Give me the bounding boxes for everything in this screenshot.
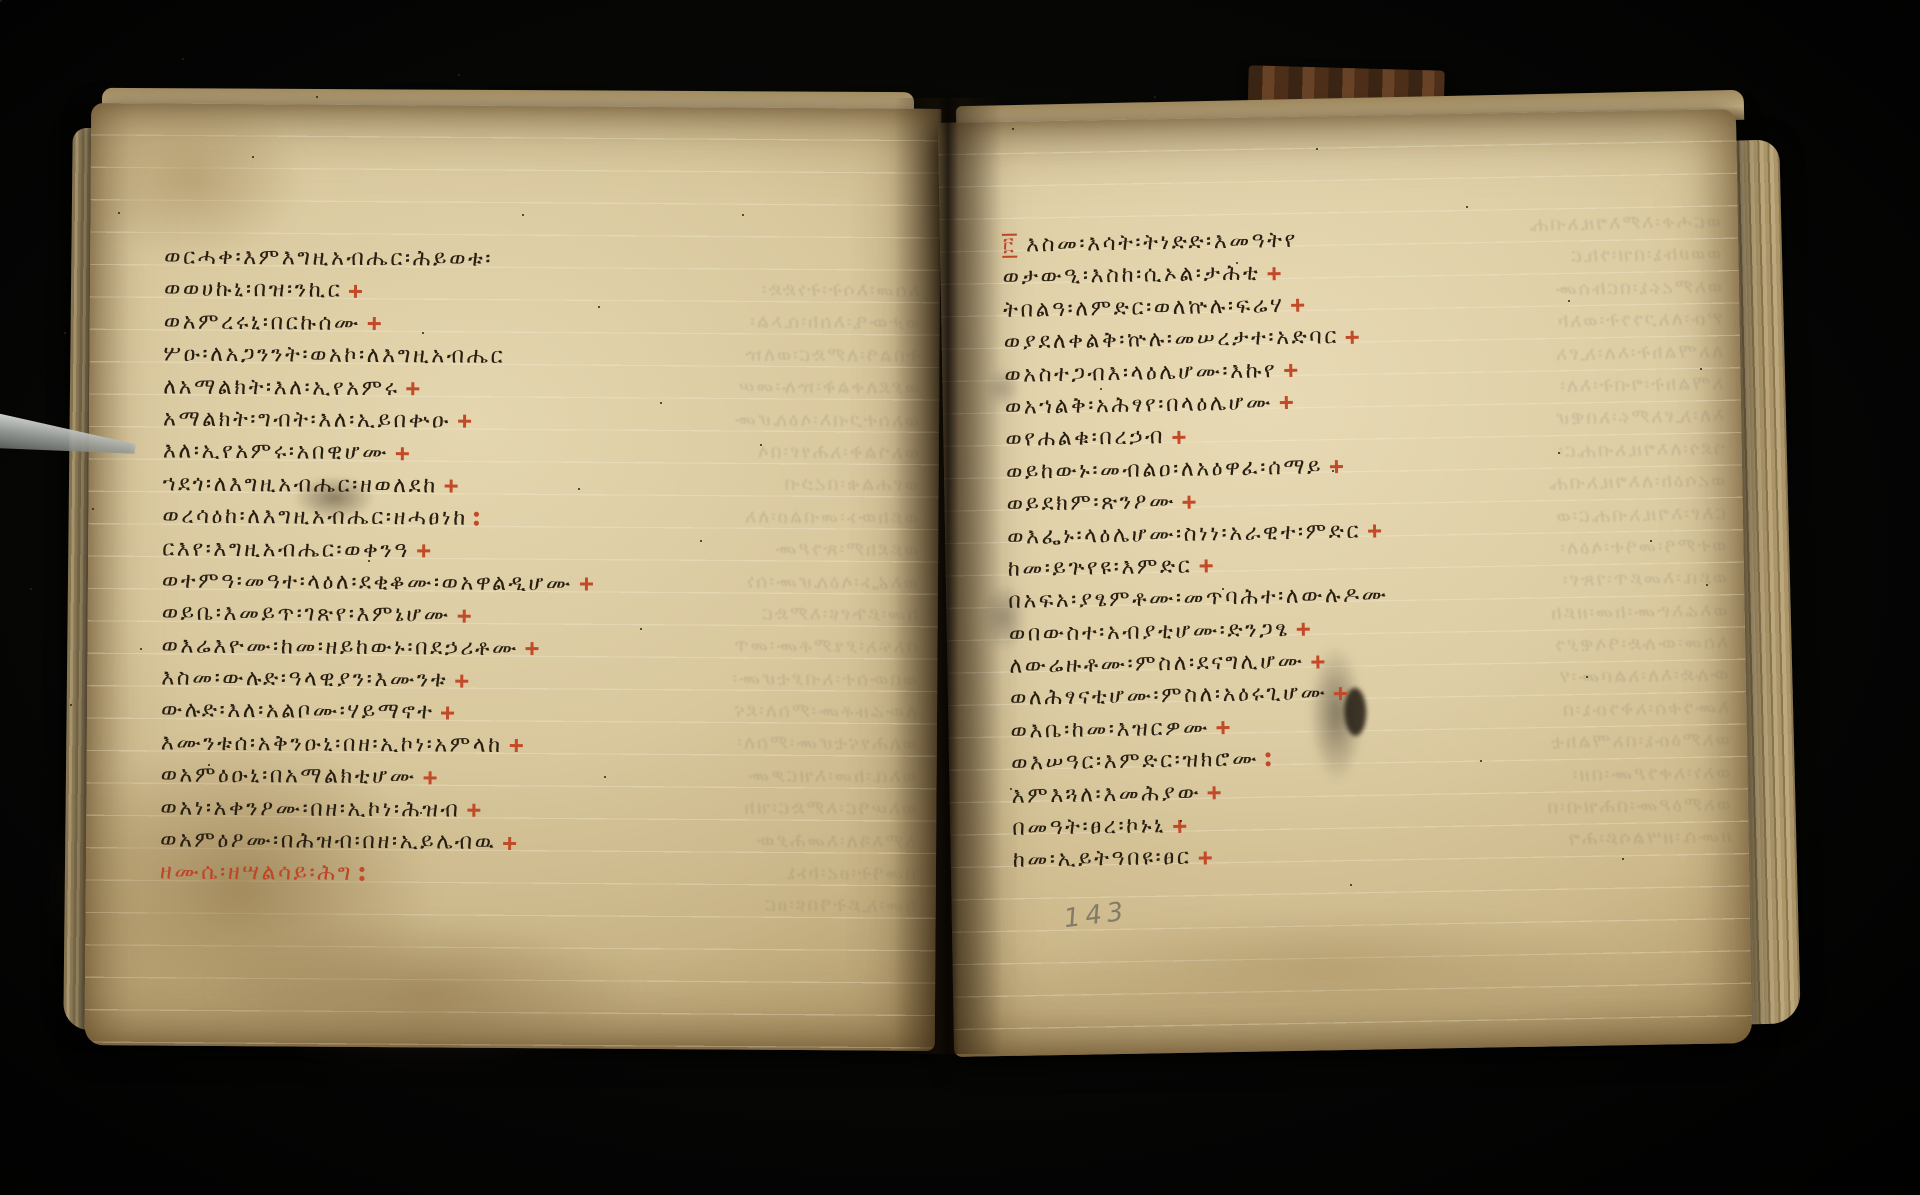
manuscript-line: ወእሬእዮሙ፡ከመ፡ዘይከውኑ፡በደኃሪቶሙ [161,630,861,667]
manuscript-line: ለአማልክት፡እለ፡ኢየአምሩ [163,371,863,408]
line-text: በአፍአ፡ያፄምቶሙ፡መጥባሕተ፡ለውሉዶሙ [1008,583,1389,615]
red-colon-mark [1265,752,1271,768]
left-text-column: ወርሓቀ፡እምእግዚአብሔር፡ሕይወቱ፡ወወሀኩኒ፡በዝ፡ንኪርወአምረሩኒ፡በ… [160,242,865,895]
line-text: ትበልዓ፡ለምድር፡ወለኵሉ፡ፍሬሃ [1003,293,1285,323]
red-cross-mark [1291,299,1304,312]
line-text: በመዓት፡ፀረ፡ኮኑኒ [1012,813,1166,841]
red-cross-mark [1173,819,1186,832]
line-text: እለ፡ኢየአምሩ፡አበዊሆሙ [163,439,389,466]
manuscript-line: ኀደጎ፡ለእግዚአብሔር፡ዘወለደከ [163,468,863,505]
manuscript-line: ወተምዓ፡መዓተ፡ላዕለ፡ደቂቆሙ፡ወአዋልዲሆሙ [162,565,862,602]
red-cross-mark [458,609,471,622]
line-text: ወያደለቀልቅ፡ኵሉ፡መሠረታተ፡አድባር [1004,324,1340,355]
line-text: ወተምዓ፡መዓተ፡ላዕለ፡ደቂቆሙ፡ወአዋልዲሆሙ [162,568,573,596]
manuscript-line: እሙንቱሰ፡አቅንዑኒ፡በዘ፡ኢኮነ፡አምላከ [161,727,861,764]
manuscript-line: ወወሀኩኒ፡በዝ፡ንኪር [164,274,864,311]
manuscript-line: ወአምዕዖሙ፡በሕዝብ፡በዘ፡ኢይሌብዉ [160,825,860,862]
line-text: አማልክት፡ግብት፡እለ፡ኢይበቍዑ [163,407,451,434]
manuscript-line: ሦዑ፡ለአጋንንት፡ወአኮ፡ለእግዚአብሔር [163,339,863,376]
manuscript-line: ውሉድ፡እለ፡አልቦሙ፡ሃይማኖተ [161,695,861,732]
line-text: ወእሬእዮሙ፡ከመ፡ዘይከውኑ፡በደኃሪቶሙ [161,633,519,660]
red-cross-mark [441,706,454,719]
line-text: ወአምዕዑኒ፡በአማልክቲሆሙ [161,763,417,790]
line-text: ወይደክም፡ጽንዖሙ [1006,489,1176,517]
left-page: እስመ፡እሳት፡ትነድድ፡ወታውዒ፡እስከ፡ሲኦል፡ትበልዓ፡ለምድር፡ወለኵወ… [85,103,942,1051]
red-cross-mark [417,544,430,557]
line-text: ወርሓቀ፡እምእግዚአብሔር፡ሕይወቱ፡ [164,245,493,272]
line-text: ዘሙሴ፡ዘሣልሳይ፡ሕግ [160,860,353,886]
red-cross-mark [1334,687,1347,700]
red-cross-mark [1346,330,1359,343]
line-text: ወእሠዓር፡እምድር፡ዝክሮሙ [1011,747,1259,776]
right-page: ወርሓቀ፡እምእግዚአብሔወወሀኩኒ፡በዝ፡ንኪርወአምረሩኒ፡በርኩሰሙሦዑ፡… [938,109,1752,1057]
line-text: ወይቤ፡እመይጥ፡ገጽየ፡እምኔሆሙ [162,601,451,628]
rubric-line: ዘሙሴ፡ዘሣልሳይ፡ሕግ [160,857,860,894]
red-cross-mark [368,317,381,330]
line-text: ወበውስተ፡አብያቲሆሙ፡ድንጋፄ [1009,617,1290,647]
manuscript-line: ወአምረሩኒ፡በርኩሰሙ [164,306,864,343]
red-cross-mark [526,642,539,655]
line-text: ወእቤ፡ከመ፡እዝርዎሙ [1010,715,1210,743]
red-cross-mark [1297,623,1310,636]
red-cross-mark [1330,460,1343,473]
red-cross-mark [458,415,471,428]
line-text: ወእፌኑ፡ላዕሌሆሙ፡ስነነ፡አራዊተ፡ምድር [1007,518,1361,549]
red-cross-mark [1280,396,1293,409]
stain [205,914,646,1067]
manuscript-line: ወአምዕዑኒ፡በአማልክቲሆሙ [160,760,860,797]
red-cross-mark [349,285,362,298]
manuscript-photo: እስመ፡እሳት፡ትነድድ፡ወታውዒ፡እስከ፡ሲኦል፡ትበልዓ፡ለምድር፡ወለኵወ… [0,0,1920,1195]
red-cross-mark [467,804,480,817]
manuscript-line: አማልክት፡ግብት፡እለ፡ኢይበቍዑ [163,404,863,441]
chapter-numeral: ፫ [1002,234,1017,258]
line-text: እስመ፡እሳት፡ትነድድ፡እመዓትየ [1026,228,1298,258]
line-text: እስመ፡ውሉድ፡ዓላዊያን፡እሙንቱ [161,666,448,693]
line-text: ውሉድ፡እለ፡አልቦሙ፡ሃይማኖተ [161,698,435,725]
red-cross-mark [510,739,523,752]
line-text: ኀደጎ፡ለእግዚአብሔር፡ዘወለደከ [163,471,438,498]
red-cross-mark [1368,524,1381,537]
line-text: ወረሳዕከ፡ለእግዚአብሔር፡ዘሓፀነከ [162,504,468,531]
manuscript-line: ወረሳዕከ፡ለእግዚአብሔር፡ዘሓፀነከ [162,501,862,538]
red-cross-mark [445,480,458,493]
right-text-column: ፫እስመ፡እሳት፡ትነድድ፡እመዓትየወታውዒ፡እስከ፡ሲኦል፡ታሕቲትበልዓ፡… [1002,218,1713,878]
red-cross-mark [423,771,436,784]
parchment-specks [0,0,2,2]
red-cross-mark [407,382,420,395]
line-text: ወይከውኑ፡መብልዐ፡ለአዕዋፈ፡ሰማይ [1006,454,1323,485]
red-cross-mark [1267,267,1280,280]
line-text: ለአማልክት፡እለ፡ኢየአምሩ [163,374,399,401]
manuscript-line: ወአነ፡አቀንዖሙ፡በዘ፡ኢኮነ፡ሕዝብ [160,792,860,829]
red-cross-mark [1311,655,1324,668]
manuscript-line: ርእየ፡እግዚአብሔር፡ወቀንዓ [162,533,862,570]
red-cross-mark [1217,721,1230,734]
line-text: ወአምረሩኒ፡በርኩሰሙ [164,309,361,335]
line-text: ወወሀኩኒ፡በዝ፡ንኪር [164,277,343,303]
red-cross-mark [396,447,409,460]
red-colon-mark [359,866,365,882]
manuscript-line: ወርሓቀ፡እምእግዚአብሔር፡ሕይወቱ፡ [164,242,864,279]
line-text: ወአኀልቅ፡አሕፃየ፡በላዕሌሆሙ [1005,390,1273,420]
manuscript-line: እለ፡ኢየአምሩ፡አበዊሆሙ [163,436,863,473]
manuscript-line: እስመ፡ውሉድ፡ዓላዊያን፡እሙንቱ [161,663,861,700]
line-text: ለውሬዙቶሙ፡ምስለ፡ደናግሊሆሙ [1009,649,1304,679]
line-text: ወለሕፃናቲሆሙ፡ምስለ፡አዕሩጊሆሙ [1010,681,1328,712]
red-cross-mark [1208,786,1221,799]
red-cross-mark [1183,495,1196,508]
red-cross-mark [455,674,468,687]
line-text: ወአስተጋብእ፡ላዕሌሆሙ፡እኩየ [1004,358,1277,388]
line-text: ወታውዒ፡እስከ፡ሲኦል፡ታሕቲ [1002,261,1260,290]
manuscript-line: ወይቤ፡እመይጥ፡ገጽየ፡እምኔሆሙ [162,598,862,635]
red-cross-mark [580,578,593,591]
line-text: ሦዑ፡ለአጋንንት፡ወአኮ፡ለእግዚአብሔር [163,342,505,369]
line-text: እምእጓለ፡እመሕያው [1011,780,1201,808]
red-cross-mark [1199,560,1212,573]
line-text: ከመ፡ኢይትዓበዩ፡ፀር [1013,845,1192,873]
line-text: ወአምዕዖሙ፡በሕዝብ፡በዘ፡ኢይሌብዉ [160,828,496,855]
line-text: እሙንቱሰ፡አቅንዑኒ፡በዘ፡ኢኮነ፡አምላከ [161,730,503,757]
line-text: ከመ፡ይጕየዩ፡እምድር [1007,554,1192,582]
line-text: ወአነ፡አቀንዖሙ፡በዘ፡ኢኮነ፡ሕዝብ [160,795,460,822]
red-cross-mark [1198,851,1211,864]
red-colon-mark [474,511,480,527]
red-cross-mark [1284,364,1297,377]
line-text: ርእየ፡እግዚአብሔር፡ወቀንዓ [162,536,410,563]
red-cross-mark [1172,431,1185,444]
red-cross-mark [503,836,516,849]
pencil-folio-number: 143 [1062,897,1130,935]
line-text: ወየሐልቁ፡በረኃብ [1005,424,1165,452]
stain [75,93,306,265]
